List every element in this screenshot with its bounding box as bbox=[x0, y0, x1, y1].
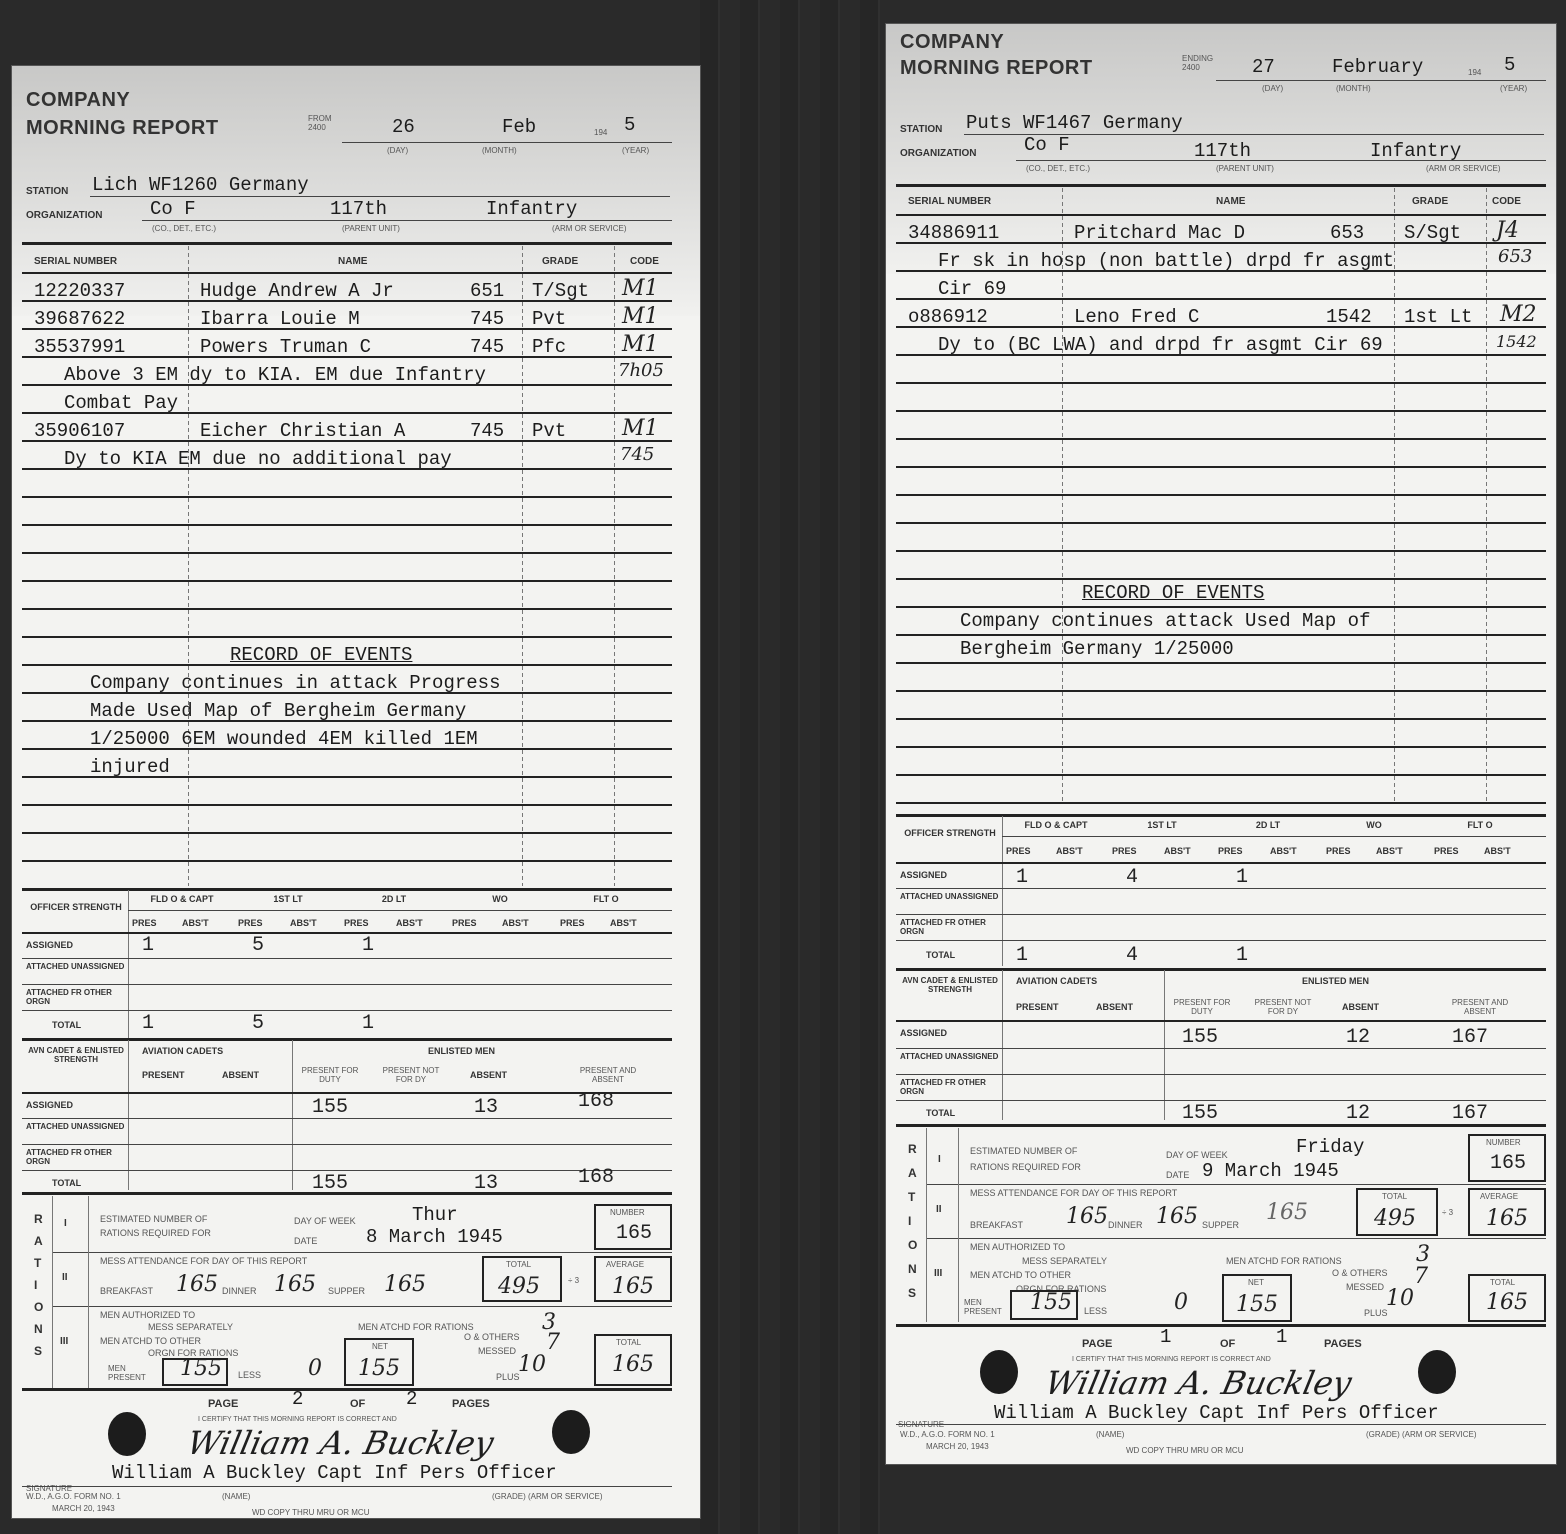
row-rule bbox=[22, 608, 672, 610]
row-rule bbox=[896, 1074, 1546, 1075]
certify-text: I CERTIFY THAT THIS MORNING REPORT IS CO… bbox=[1072, 1356, 1271, 1363]
dinner-value: 165 bbox=[1156, 1204, 1198, 1229]
handwritten-signature: William A. Buckley bbox=[1042, 1364, 1355, 1402]
row-rule bbox=[22, 1010, 672, 1011]
breakfast-value: 165 bbox=[1066, 1204, 1108, 1229]
row-rule bbox=[896, 1100, 1546, 1101]
enlisted-cell: 155 bbox=[1182, 1026, 1218, 1049]
total-label: TOTAL bbox=[1382, 1192, 1407, 1201]
station-value: Puts WF1467 Germany bbox=[966, 112, 1183, 134]
col-divider bbox=[1002, 816, 1003, 966]
dinner-value: 165 bbox=[274, 1272, 316, 1297]
officer-cell: 4 bbox=[1126, 866, 1138, 889]
remark-code: 653 bbox=[1498, 246, 1532, 267]
year-caption: (YEAR) bbox=[622, 146, 649, 155]
col-divider bbox=[1062, 188, 1063, 804]
grand-total-value: 165 bbox=[612, 1352, 654, 1377]
enlisted-cell: 155 bbox=[312, 1096, 348, 1119]
officer-cell: 1 bbox=[1016, 866, 1028, 889]
rations-side-letter: N bbox=[34, 1322, 43, 1336]
row-rule bbox=[22, 580, 672, 582]
group-1st-lt: 1ST LT bbox=[238, 894, 338, 904]
est-rations-label: RATIONS REQUIRED FOR bbox=[970, 1162, 1081, 1172]
total-value: 495 bbox=[1374, 1206, 1416, 1231]
grand-total-value: 165 bbox=[1486, 1290, 1528, 1315]
row-rule bbox=[896, 1020, 1546, 1022]
men-present-label: MEN PRESENT bbox=[108, 1364, 148, 1382]
row-label-assigned: ASSIGNED bbox=[900, 1028, 947, 1038]
rations-side-letter: R bbox=[34, 1212, 43, 1226]
group-rule bbox=[128, 910, 672, 911]
rations-side-letter: O bbox=[908, 1238, 917, 1252]
entry-code: J4 bbox=[1496, 218, 1519, 243]
rations-side-letter: S bbox=[908, 1286, 916, 1300]
group-enlisted-men: ENLISTED MEN bbox=[1302, 976, 1369, 986]
from-label: ENDING 2400 bbox=[1182, 54, 1216, 72]
sub-pres: PRES bbox=[1112, 846, 1137, 856]
handwritten-signature: William A. Buckley bbox=[184, 1424, 497, 1462]
row-rule bbox=[22, 1038, 672, 1041]
record-of-events-line: 1/25000 6EM wounded 4EM killed 1EM bbox=[90, 728, 478, 750]
sub-pres: PRES bbox=[132, 918, 157, 928]
station-label: STATION bbox=[26, 186, 68, 197]
sub-abst: ABS'T bbox=[1056, 846, 1083, 856]
others-messed-label: O & OTHERS bbox=[464, 1332, 520, 1342]
rations-side-letter: A bbox=[908, 1166, 917, 1180]
average-label: AVERAGE bbox=[606, 1260, 644, 1269]
dinner-label: DINNER bbox=[222, 1286, 257, 1296]
remark-code: 745 bbox=[620, 444, 654, 465]
record-of-events-title: RECORD OF EVENTS bbox=[1082, 582, 1264, 604]
remark-text: Cir 69 bbox=[938, 278, 1006, 300]
date-underline bbox=[1216, 80, 1546, 81]
record-of-events-line: Company continues attack Used Map of bbox=[960, 610, 1370, 632]
atchd-other-label: MEN ATCHD TO OTHER bbox=[100, 1336, 201, 1346]
officer-cell: 1 bbox=[1236, 944, 1248, 967]
row-label-total: TOTAL bbox=[926, 1108, 955, 1118]
row-label-attached-other: ATTACHED FR OTHER ORGN bbox=[26, 1148, 126, 1166]
sub-abst: ABS'T bbox=[182, 918, 209, 928]
binder-hole-icon bbox=[980, 1350, 1018, 1394]
net-value: 155 bbox=[358, 1356, 400, 1381]
grand-total-label: TOTAL bbox=[1490, 1278, 1515, 1287]
est-rations-label: ESTIMATED NUMBER OF bbox=[970, 1146, 1077, 1156]
number-value: 165 bbox=[1490, 1152, 1526, 1175]
supper-label: SUPPER bbox=[1202, 1220, 1239, 1230]
row-rule bbox=[22, 1144, 672, 1145]
group-1st-lt: 1ST LT bbox=[1112, 820, 1212, 830]
net-value: 155 bbox=[1236, 1292, 1278, 1317]
col-divider bbox=[1164, 970, 1165, 1120]
col-serial-number: SERIAL NUMBER bbox=[908, 196, 991, 207]
row-label-attached-other: ATTACHED FR OTHER ORGN bbox=[900, 1078, 1000, 1096]
report-day: 26 bbox=[392, 116, 415, 138]
plus-label: PLUS bbox=[1364, 1308, 1388, 1318]
rations-bottom-rule bbox=[896, 1324, 1546, 1327]
less-value: 0 bbox=[1174, 1290, 1188, 1315]
row-rule bbox=[22, 832, 672, 834]
entry-code: M2 bbox=[1500, 302, 1537, 327]
entry-grade: Pvt bbox=[532, 420, 566, 442]
day-of-week-value: Friday bbox=[1296, 1136, 1364, 1158]
form-title-morning-report: MORNING REPORT bbox=[900, 56, 1093, 80]
station-label: STATION bbox=[900, 124, 942, 135]
row-rule bbox=[22, 932, 672, 934]
col-divider bbox=[1394, 188, 1395, 804]
enlisted-cell: 13 bbox=[474, 1172, 498, 1195]
report-year: 5 bbox=[624, 114, 635, 136]
table-top-rule bbox=[22, 242, 672, 245]
col-divider bbox=[522, 246, 523, 886]
sub-pres: PRES bbox=[344, 918, 369, 928]
enlisted-cell: 168 bbox=[578, 1090, 614, 1113]
signature-rule bbox=[896, 1424, 1546, 1425]
others-messed-label: O & OTHERS bbox=[1332, 1268, 1388, 1278]
group-flt-o: FLT O bbox=[556, 894, 656, 904]
sub-abst: ABS'T bbox=[1376, 846, 1403, 856]
month-caption: (MONTH) bbox=[1336, 84, 1371, 93]
enlisted-cell: 155 bbox=[312, 1172, 348, 1195]
row-rule bbox=[896, 522, 1546, 524]
entry-name: Hudge Andrew A Jr bbox=[200, 280, 394, 302]
group-wo: WO bbox=[1324, 820, 1424, 830]
row-rule bbox=[896, 410, 1546, 412]
col-code: CODE bbox=[1492, 196, 1521, 207]
rations-side-letter: R bbox=[908, 1142, 917, 1156]
sub-present-for-duty: PRESENT FOR DUTY bbox=[300, 1066, 360, 1084]
mess-attendance-label: MESS ATTENDANCE FOR DAY OF THIS REPORT bbox=[970, 1188, 1177, 1198]
station-underline bbox=[90, 196, 670, 197]
org-company: Co F bbox=[1024, 134, 1070, 156]
pages-label: PAGES bbox=[452, 1398, 490, 1410]
date-underline bbox=[342, 142, 672, 143]
entry-mos: 745 bbox=[470, 336, 504, 358]
sub-abst: ABS'T bbox=[1484, 846, 1511, 856]
organization-label: ORGANIZATION bbox=[26, 210, 102, 221]
row-rule bbox=[22, 524, 672, 526]
remark-code: 1542 bbox=[1496, 332, 1537, 351]
rations-side-letter: S bbox=[34, 1344, 42, 1358]
rations-side-letter: T bbox=[908, 1190, 915, 1204]
less-label: LESS bbox=[1084, 1306, 1107, 1316]
sub-present-not-for-duty: PRESENT NOT FOR DY bbox=[376, 1066, 446, 1084]
binder-hole-icon bbox=[108, 1412, 146, 1456]
form-title-company: COMPANY bbox=[900, 30, 1004, 54]
footer-note: WD COPY THRU MRU OR MCU bbox=[252, 1508, 369, 1517]
organization-label: ORGANIZATION bbox=[900, 148, 976, 159]
row-rule bbox=[896, 888, 1546, 889]
sub-abst: ABS'T bbox=[290, 918, 317, 928]
org-caption-arm: (ARM OR SERVICE) bbox=[552, 224, 627, 233]
sub-abst: ABS'T bbox=[610, 918, 637, 928]
row-rule bbox=[896, 968, 1546, 971]
section-i: I bbox=[64, 1218, 67, 1229]
entry-grade: Pvt bbox=[532, 308, 566, 330]
remark-code: 7h05 bbox=[618, 360, 664, 381]
others-messed-value: 7 bbox=[1414, 1264, 1428, 1289]
report-month: Feb bbox=[502, 116, 536, 138]
remark-text: Fr sk in hosp (non battle) drpd fr asgmt bbox=[938, 250, 1394, 272]
enlisted-strength-title: AVN CADET & ENLISTED STRENGTH bbox=[26, 1046, 126, 1064]
officer-cell: 1 bbox=[362, 934, 374, 957]
col-divider bbox=[128, 1040, 129, 1190]
enlisted-cell: 167 bbox=[1452, 1102, 1488, 1125]
report-month: February bbox=[1332, 56, 1423, 78]
sub-present-and-absent: PRESENT AND ABSENT bbox=[568, 1066, 648, 1084]
auth-mess-label: MESS SEPARATELY bbox=[148, 1322, 233, 1332]
group-aviation-cadets: AVIATION CADETS bbox=[142, 1046, 223, 1056]
page-number: 2 bbox=[292, 1388, 303, 1410]
sub-pres: PRES bbox=[1006, 846, 1031, 856]
org-parent-unit: 117th bbox=[1194, 140, 1251, 162]
rations-side-letter: T bbox=[34, 1256, 41, 1270]
less-label: LESS bbox=[238, 1370, 261, 1380]
row-rule bbox=[896, 634, 1546, 636]
net-label: NET bbox=[1248, 1278, 1264, 1287]
col-divider bbox=[958, 1128, 959, 1322]
col-divider bbox=[188, 246, 189, 886]
atchd-rations-label: MEN ATCHD FOR RATIONS bbox=[358, 1322, 474, 1332]
remark-text: Dy to (BC LWA) and drpd fr asgmt Cir 69 bbox=[938, 334, 1383, 356]
sub-pres: PRES bbox=[560, 918, 585, 928]
atchd-other-label: MEN ATCHD TO OTHER bbox=[970, 1270, 1071, 1280]
col-name: NAME bbox=[338, 256, 367, 267]
row-rule bbox=[22, 958, 672, 959]
morning-report-feb-27: COMPANY MORNING REPORT ENDING 2400 27 Fe… bbox=[886, 24, 1556, 1464]
row-rule bbox=[896, 802, 1546, 804]
row-rule bbox=[22, 496, 672, 498]
entry-serial: 12220337 bbox=[34, 280, 125, 302]
enlisted-cell: 13 bbox=[474, 1096, 498, 1119]
org-caption-co: (CO., DET., ETC.) bbox=[1026, 164, 1090, 173]
remark-text: Combat Pay bbox=[64, 392, 178, 414]
row-rule bbox=[22, 1092, 672, 1094]
rations-rule bbox=[926, 1238, 1546, 1239]
day-caption: (DAY) bbox=[1262, 84, 1283, 93]
row-rule bbox=[896, 578, 1546, 580]
officer-cell: 1 bbox=[142, 1012, 154, 1035]
org-arm: Infantry bbox=[486, 198, 577, 220]
grade-caption: (GRADE) (ARM OR SERVICE) bbox=[1366, 1430, 1477, 1439]
rations-rule bbox=[52, 1306, 672, 1307]
row-label-attached-other: ATTACHED FR OTHER ORGN bbox=[900, 918, 1000, 936]
entry-mos: 651 bbox=[470, 280, 504, 302]
row-label-attached-unassigned: ATTACHED UNASSIGNED bbox=[26, 962, 126, 971]
year-prefix: 194 bbox=[1468, 68, 1481, 77]
header-rule bbox=[22, 272, 672, 274]
month-caption: (MONTH) bbox=[482, 146, 517, 155]
rations-side-letter: A bbox=[34, 1234, 43, 1248]
row-label-attached-other: ATTACHED FR OTHER ORGN bbox=[26, 988, 126, 1006]
number-value: 165 bbox=[616, 1222, 652, 1245]
officer-strength-top-rule bbox=[22, 888, 672, 891]
signature-rule bbox=[22, 1486, 672, 1487]
supper-label: SUPPER bbox=[328, 1286, 365, 1296]
signer-name: William A Buckley Capt Inf Pers Officer bbox=[994, 1402, 1439, 1424]
sub-present: PRESENT bbox=[142, 1070, 185, 1080]
entry-mos: 653 bbox=[1330, 222, 1364, 244]
rations-rule bbox=[926, 1184, 1546, 1185]
dinner-label: DINNER bbox=[1108, 1220, 1143, 1230]
enlisted-cell: 155 bbox=[1182, 1102, 1218, 1125]
org-caption-parent: (PARENT UNIT) bbox=[1216, 164, 1274, 173]
row-rule bbox=[896, 382, 1546, 384]
footer-note: WD COPY THRU MRU OR MCU bbox=[1126, 1446, 1243, 1455]
record-of-events-line: Company continues in attack Progress bbox=[90, 672, 500, 694]
rations-bottom-rule bbox=[22, 1388, 672, 1391]
entry-grade: 1st Lt bbox=[1404, 306, 1472, 328]
of-label: OF bbox=[350, 1398, 365, 1410]
col-divider bbox=[1002, 970, 1003, 1120]
row-label-assigned: ASSIGNED bbox=[900, 870, 947, 880]
col-divider bbox=[88, 1196, 89, 1388]
entry-mos: 745 bbox=[470, 420, 504, 442]
entry-name: Leno Fred C bbox=[1074, 306, 1199, 328]
row-label-assigned: ASSIGNED bbox=[26, 940, 73, 950]
auth-mess-label: MESS SEPARATELY bbox=[1022, 1256, 1107, 1266]
group-2d-lt: 2D LT bbox=[1218, 820, 1318, 830]
average-value: 165 bbox=[1486, 1206, 1528, 1231]
group-flt-o: FLT O bbox=[1430, 820, 1530, 830]
average-value: 165 bbox=[612, 1274, 654, 1299]
officer-cell: 5 bbox=[252, 1012, 264, 1035]
record-of-events-line: injured bbox=[90, 756, 170, 778]
record-of-events-line: Bergheim Germany 1/25000 bbox=[960, 638, 1234, 660]
entry-code: M1 bbox=[622, 304, 659, 329]
page-count: 1 bbox=[1276, 1326, 1287, 1348]
certify-text: I CERTIFY THAT THIS MORNING REPORT IS CO… bbox=[198, 1416, 397, 1423]
year-caption: (YEAR) bbox=[1500, 84, 1527, 93]
less-value: 0 bbox=[308, 1356, 322, 1381]
officer-strength-top-rule bbox=[896, 814, 1546, 817]
org-underline bbox=[1016, 160, 1546, 161]
station-value: Lich WF1260 Germany bbox=[92, 174, 309, 196]
sub-abst: ABS'T bbox=[1270, 846, 1297, 856]
page-label: PAGE bbox=[1082, 1338, 1112, 1350]
row-rule bbox=[22, 860, 672, 862]
row-rule bbox=[896, 494, 1546, 496]
plus-label: PLUS bbox=[496, 1372, 520, 1382]
row-rule bbox=[896, 1124, 1546, 1127]
row-rule bbox=[896, 466, 1546, 468]
mess-attendance-label: MESS ATTENDANCE FOR DAY OF THIS REPORT bbox=[100, 1256, 307, 1266]
row-label-attached-unassigned: ATTACHED UNASSIGNED bbox=[26, 1122, 126, 1131]
enlisted-cell: 12 bbox=[1346, 1102, 1370, 1125]
entry-grade: S/Sgt bbox=[1404, 222, 1461, 244]
entry-serial: o886912 bbox=[908, 306, 988, 328]
rations-side-letter: O bbox=[34, 1300, 43, 1314]
row-rule bbox=[22, 804, 672, 806]
form-title-morning-report: MORNING REPORT bbox=[26, 116, 219, 140]
binder-hole-icon bbox=[552, 1410, 590, 1454]
sub-pres: PRES bbox=[1326, 846, 1351, 856]
row-rule bbox=[896, 690, 1546, 692]
remark-text: Dy to KIA EM due no additional pay bbox=[64, 448, 452, 470]
col-grade: GRADE bbox=[542, 256, 578, 267]
sub-present-for-duty: PRESENT FOR DUTY bbox=[1172, 998, 1232, 1016]
record-of-events-line: Made Used Map of Bergheim Germany bbox=[90, 700, 466, 722]
entry-serial: 34886911 bbox=[908, 222, 999, 244]
others-messed-value: 7 bbox=[546, 1330, 560, 1355]
sub-absent-em: ABSENT bbox=[470, 1070, 507, 1080]
header-rule bbox=[896, 214, 1546, 216]
breakfast-value: 165 bbox=[176, 1272, 218, 1297]
divide-by-three: ÷ 3 bbox=[568, 1276, 579, 1285]
day-caption: (DAY) bbox=[387, 146, 408, 155]
entry-grade: Pfc bbox=[532, 336, 566, 358]
org-underline bbox=[142, 220, 672, 221]
col-divider bbox=[52, 1196, 53, 1388]
average-label: AVERAGE bbox=[1480, 1192, 1518, 1201]
entry-name: Ibarra Louie M bbox=[200, 308, 360, 330]
sub-present-and-absent: PRESENT AND ABSENT bbox=[1440, 998, 1520, 1016]
form-title-company: COMPANY bbox=[26, 88, 130, 112]
number-label: NUMBER bbox=[1486, 1138, 1521, 1147]
plus-value: 10 bbox=[1386, 1286, 1414, 1311]
supper-value: 165 bbox=[1266, 1200, 1308, 1225]
entry-code: M1 bbox=[622, 416, 659, 441]
total-label: TOTAL bbox=[506, 1260, 531, 1269]
section-i: I bbox=[938, 1154, 941, 1165]
group-fld-o-capt: FLD O & CAPT bbox=[132, 894, 232, 904]
row-rule bbox=[896, 550, 1546, 552]
section-ii: II bbox=[936, 1204, 942, 1215]
row-rule bbox=[896, 718, 1546, 720]
sub-abst: ABS'T bbox=[1164, 846, 1191, 856]
row-label-attached-unassigned: ATTACHED UNASSIGNED bbox=[900, 892, 1000, 901]
entry-name: Eicher Christian A bbox=[200, 420, 405, 442]
atchd-rations-label: MEN ATCHD FOR RATIONS bbox=[1226, 1256, 1342, 1266]
men-present-value: 155 bbox=[180, 1356, 222, 1381]
sub-absent: ABSENT bbox=[222, 1070, 259, 1080]
entry-serial: 39687622 bbox=[34, 308, 125, 330]
row-rule bbox=[896, 1048, 1546, 1049]
form-date: MARCH 20, 1943 bbox=[52, 1504, 115, 1513]
enlisted-cell: 167 bbox=[1452, 1026, 1488, 1049]
sub-absent-em: ABSENT bbox=[1342, 1002, 1379, 1012]
enlisted-cell: 12 bbox=[1346, 1026, 1370, 1049]
page-label: PAGE bbox=[208, 1398, 238, 1410]
group-wo: WO bbox=[450, 894, 550, 904]
remark-text: Above 3 EM dy to KIA. EM due Infantry bbox=[64, 364, 486, 386]
men-present-value: 155 bbox=[1030, 1290, 1072, 1315]
officer-cell: 1 bbox=[142, 934, 154, 957]
day-of-week-value: Thur bbox=[412, 1204, 458, 1226]
sub-pres: PRES bbox=[238, 918, 263, 928]
officer-cell: 1 bbox=[1016, 944, 1028, 967]
row-rule bbox=[22, 1170, 672, 1171]
col-divider bbox=[292, 1040, 293, 1190]
row-label-total: TOTAL bbox=[926, 950, 955, 960]
divide-by-three: ÷ 3 bbox=[1442, 1208, 1453, 1217]
col-divider bbox=[926, 1128, 927, 1322]
men-present-label: MEN PRESENT bbox=[964, 1298, 1004, 1316]
group-2d-lt: 2D LT bbox=[344, 894, 444, 904]
table-top-rule bbox=[896, 184, 1546, 187]
day-of-week-label: DAY OF WEEK bbox=[294, 1216, 356, 1226]
group-enlisted-men: ENLISTED MEN bbox=[428, 1046, 495, 1056]
pages-label: PAGES bbox=[1324, 1338, 1362, 1350]
rations-rule bbox=[52, 1252, 672, 1253]
section-ii: II bbox=[62, 1272, 68, 1283]
sub-abst: ABS'T bbox=[502, 918, 529, 928]
entry-mos: 745 bbox=[470, 308, 504, 330]
entry-serial: 35906107 bbox=[34, 420, 125, 442]
name-caption: (NAME) bbox=[222, 1492, 250, 1501]
row-rule bbox=[22, 636, 672, 638]
row-rule bbox=[896, 746, 1546, 748]
officer-cell: 5 bbox=[252, 934, 264, 957]
